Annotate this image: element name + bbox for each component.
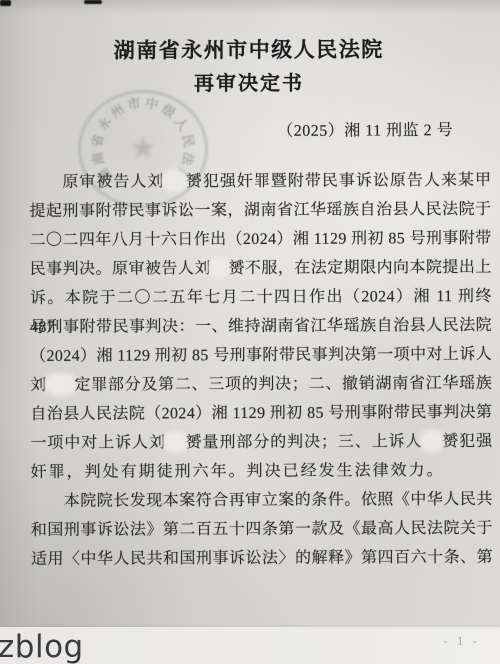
body-text-segment: 奸罪，判处有期徒刑六年。判决已经发生法律效力。 [31,462,445,481]
body-line: 奸罪，判处有期徒刑六年。判决已经发生法律效力。 [31,456,493,487]
document-body: 原审被告人刘赟犯强奸罪暨附带民事诉讼原告人来某甲提起刑事附带民事诉讼一案，湖南省… [29,166,493,574]
body-text-segment: 提起刑事附带民事诉讼一案，湖南省江华瑶族自治县人民法院于 [29,201,491,220]
body-line: 二〇二四年八月十六日作出（2024）湘 1129 刑初 85 号刑事附带 [30,224,492,255]
body-text-segment: 原审被告人刘 [62,173,164,190]
body-text-segment: 赟犯强 [442,433,493,450]
document-photo: 湖南省永州市中级人民法院 ★ 湖南省永州市中级人民法院 再审决定书 （2025）… [0,0,500,664]
body-text-segment: 本院院长发现本案符合再审立案的条件。依照《中华人民共 [64,491,493,510]
redacted-name [47,376,74,393]
body-text-segment: 二〇二四年八月十六日作出（2024）湘 1129 刑初 85 号刑事附带 [30,230,492,249]
body-line: 适用〈中华人民共和国刑事诉讼法〉的解释》第四百六十条、第 [31,543,493,574]
site-watermark: zblog [0,629,84,664]
body-line: 提起刑事附带民事诉讼一案，湖南省江华瑶族自治县人民法院于 [29,195,491,226]
body-text-segment: 定罪部分及第二、三项的判决；二、撤销湖南省江华瑶族 [74,375,492,394]
body-line: 民事判决。原审被告人刘赟不服，在法定期限内向本院提出上 [30,253,492,284]
body-text-segment: 和国刑事诉讼法》第二百五十四条第一款及《最高人民法院关于 [31,520,493,539]
redacted-name [211,259,229,276]
body-text-segment: 自治县人民法院（2024）湘 1129 刑初 85 号刑事附带民事判决第 [30,404,492,423]
body-text-segment: 民事判决。原审被告人刘 [30,260,211,278]
body-text-segment: 号刑事附带民事判决：一、维持湖南省江华瑶族自治县人民法院 [30,317,492,336]
body-text-segment: 适用〈中华人民共和国刑事诉讼法〉的解释》第四百六十条、第 [31,549,493,568]
body-line: 本院院长发现本案符合再审立案的条件。依照《中华人民共 [31,485,493,516]
redacted-name [164,172,185,189]
bottom-band: zblog - 1 - [0,627,500,664]
body-line: 一项中对上诉人刘赟量刑部分的判决；三、上诉人赟犯强 [30,427,492,458]
document-content: 湖南省永州市中级人民法院 再审决定书 （2025）湘 11 刑监 2 号 原审被… [0,0,500,664]
body-line: 刘定罪部分及第二、三项的判决；二、撤销湖南省江华瑶族 [30,369,492,400]
case-number: （2025）湘 11 刑监 2 号 [277,117,453,141]
body-text-segment: 刘 [30,377,47,394]
body-line: 原审被告人刘赟犯强奸罪暨附带民事诉讼原告人来某甲 [29,166,491,197]
page-number: - 1 - [443,633,480,649]
body-line: 诉。本院于二〇二五年七月二十四日作出（2024）湘 11 刑终 487 [30,282,492,313]
body-line: 自治县人民法院（2024）湘 1129 刑初 85 号刑事附带民事判决第 [30,398,492,429]
body-text-segment: 赟不服，在法定期限内向本院提出上 [228,259,491,277]
body-line: （2024）湘 1129 刑初 85 号刑事附带民事判决第一项中对上诉人 [30,340,492,371]
redacted-name [422,432,441,449]
body-line: 号刑事附带民事判决：一、维持湖南省江华瑶族自治县人民法院 [30,311,492,342]
document-type-title: 再审决定书 [0,66,499,97]
body-text-segment: 一项中对上诉人刘 [30,434,165,452]
body-text-segment: （2024）湘 1129 刑初 85 号刑事附带民事判决第一项中对上诉人 [30,346,492,365]
court-name-title: 湖南省永州市中级人民法院 [0,33,499,65]
body-text-segment: 赟量刑部分的判决；三、上诉人 [185,433,423,451]
body-line: 和国刑事诉讼法》第二百五十四条第一款及《最高人民法院关于 [31,514,493,545]
redacted-name [166,433,185,450]
body-text-segment: 赟犯强奸罪暨附带民事诉讼原告人来某甲 [185,172,491,190]
